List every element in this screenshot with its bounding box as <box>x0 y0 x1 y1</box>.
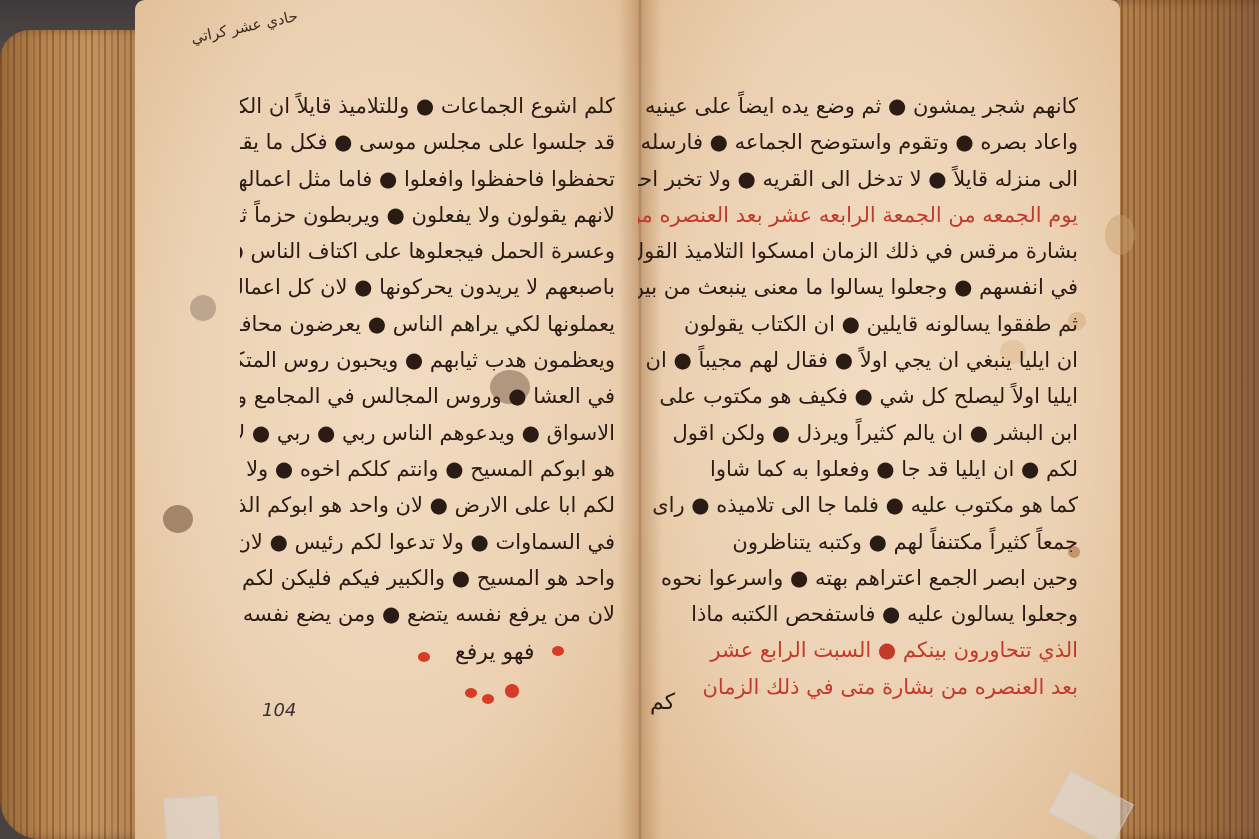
text-line: تحفظوا فاحفظوا وافعلوا ● فاما مثل اعماله… <box>240 161 615 197</box>
rubric-ornament <box>505 684 519 698</box>
rubric-ornament <box>418 652 430 662</box>
text-line: ايليا اولاً ليصلح كل شي ● فكيف هو مكتوب … <box>638 378 1078 414</box>
text-line: هو ابوكم المسيح ● وانتم كلكم اخوه ● ولا … <box>240 451 615 487</box>
text-line: الاسواق ● ويدعوهم الناس ربي ● ربي ● لان … <box>240 415 615 451</box>
text-line: قد جلسوا على مجلس موسى ● فكل ما يقولون ل… <box>240 124 615 160</box>
text-line: كما هو مكتوب عليه ● فلما جا الى تلاميذه … <box>638 487 1078 523</box>
text-line: ويعظمون هدب ثيابهم ● ويحبون روس المتكيات <box>240 342 615 378</box>
text-line: ثم طفقوا يسالونه قايلين ● ان الكتاب يقول… <box>638 306 1078 342</box>
page-block-right-edge <box>1109 0 1259 839</box>
text-line: وعسرة الحمل فيجعلوها على اكتاف الناس ● و… <box>240 233 615 269</box>
paper-stain <box>163 505 193 533</box>
text-line: لكم ● ان ايليا قد جا ● وفعلوا به كما شاو… <box>638 451 1078 487</box>
text-line: جمعاً كثيراً مكتنفاً لهم ● وكتبه يتناظرو… <box>638 524 1078 560</box>
text-line: لانهم يقولون ولا يفعلون ● ويربطون حزماً … <box>240 197 615 233</box>
rubric-line: يوم الجمعه من الجمعة الرابعه عشر بعد الع… <box>638 197 1078 233</box>
rubric-ornament <box>552 646 564 656</box>
rubric-line: بعد العنصره من بشارة متى في ذلك الزمان <box>638 669 1078 705</box>
paper-stain <box>1105 215 1135 255</box>
text-line: كلم اشوع الجماعات ● وللتلاميذ قايلاً ان … <box>240 88 615 124</box>
text-line: لكم ابا على الارض ● لان واحد هو ابوكم ال… <box>240 487 615 523</box>
text-line: يعملونها لكي يراهم الناس ● يعرضون محافظه… <box>240 306 615 342</box>
text-line: في العشا ● وروس المجالس في المجامع والسل… <box>240 378 615 414</box>
paper-stain <box>190 295 216 321</box>
page-block-left-edge <box>0 30 150 839</box>
text-line: باصبعهم لا يريدون يحركونها ● لان كل اعما… <box>240 269 615 305</box>
manuscript-photo: حادي عشر كراتي كلم اشوع الجماعات ● وللتل… <box>0 0 1259 839</box>
text-line: واحد هو المسيح ● والكبير فيكم فليكن لكم … <box>240 560 615 596</box>
final-line: فهو يرفع <box>455 640 535 665</box>
text-line: ابن البشر ● ان يالم كثيراً ويرذل ● ولكن … <box>638 415 1078 451</box>
text-line: كانهم شجر يمشون ● ثم وضع يده ايضاً على ع… <box>638 88 1078 124</box>
right-page-text: كانهم شجر يمشون ● ثم وضع يده ايضاً على ع… <box>638 88 1078 705</box>
left-page-text: كلم اشوع الجماعات ● وللتلاميذ قايلاً ان … <box>240 88 615 632</box>
text-line: ان ايليا ينبغي ان يجي اولاً ● فقال لهم م… <box>638 342 1078 378</box>
text-line: الى منزله قايلاً ● لا تدخل الى القريه ● … <box>638 161 1078 197</box>
text-line: بشارة مرقس في ذلك الزمان امسكوا التلاميذ… <box>638 233 1078 269</box>
rubric-ornament <box>482 694 494 704</box>
catchword: كم <box>650 690 675 715</box>
text-line: وحين ابصر الجمع اعتراهم بهته ● واسرعوا ن… <box>638 560 1078 596</box>
rubric-ornament <box>465 688 477 698</box>
rubric-line: الذي تتحاورون بينكم ● السبت الرابع عشر <box>638 632 1078 668</box>
tape-strip <box>164 795 221 839</box>
text-line: واعاد بصره ● وتقوم واستوضح الجماعه ● فار… <box>638 124 1078 160</box>
text-line: في انفسهم ● وجعلوا يسالوا ما معنى ينبعث … <box>638 269 1078 305</box>
text-line: في السماوات ● ولا تدعوا لكم رئيس ● لان ر… <box>240 524 615 560</box>
folio-number: 104 <box>262 700 296 721</box>
text-line: لان من يرفع نفسه يتضع ● ومن يضع نفسه <box>240 596 615 632</box>
text-line: وجعلوا يسالون عليه ● فاستفحص الكتبه ماذا <box>638 596 1078 632</box>
